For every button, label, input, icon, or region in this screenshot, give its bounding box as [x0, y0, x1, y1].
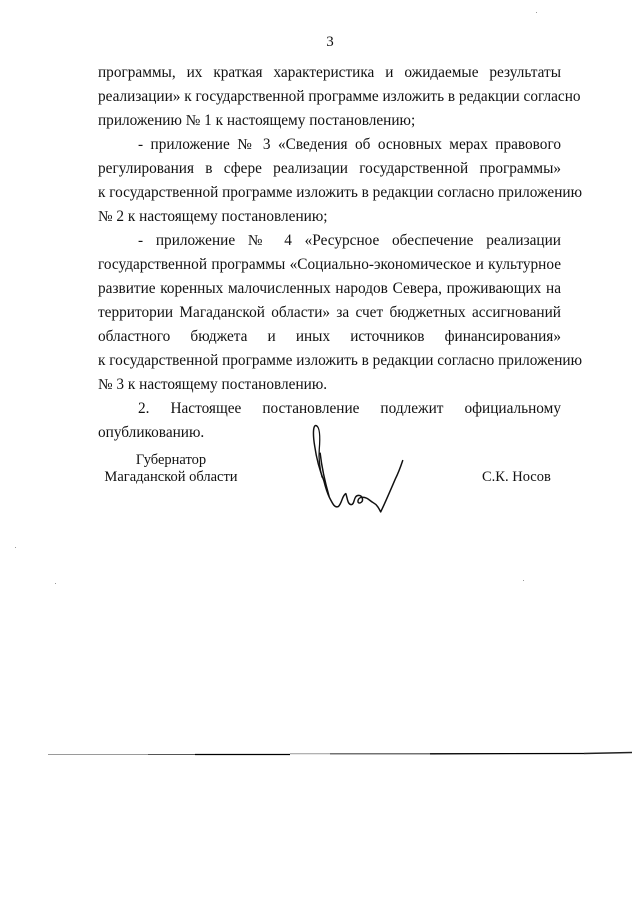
paragraph-continuation: программы, их краткая характеристика и о…: [98, 61, 561, 133]
text-line: программы, их краткая характеристика и о…: [98, 61, 561, 85]
signer-name: С.К. Носов: [482, 469, 551, 486]
text-line: государственной программы «Социально-эко…: [98, 253, 561, 277]
text-line: к государственной программе изложить в р…: [98, 349, 561, 373]
text-line: к государственной программе изложить в р…: [98, 181, 561, 205]
scan-speck: [536, 12, 537, 13]
handwritten-signature-icon: [300, 412, 410, 522]
text-line: территории Магаданской области» за счет …: [98, 301, 561, 325]
text-line: № 3 к настоящему постановлению.: [98, 373, 561, 397]
scan-speck: [523, 580, 524, 581]
paragraph-appendix-4: - приложение № 4 «Ресурсное обеспечение …: [98, 229, 561, 397]
signer-position: Губернатор Магаданской области: [96, 452, 246, 486]
text-line: - приложение № 3 «Сведения об основных м…: [98, 133, 561, 157]
text-line: - приложение № 4 «Ресурсное обеспечение …: [98, 229, 561, 253]
scan-speck: [55, 583, 56, 584]
scan-speck: [15, 547, 16, 548]
text-line: развитие коренных малочисленных народов …: [98, 277, 561, 301]
text-line: приложению № 1 к настоящему постановлени…: [98, 109, 561, 133]
text-line: реализации» к государственной программе …: [98, 85, 561, 109]
paragraph-appendix-3: - приложение № 3 «Сведения об основных м…: [98, 133, 561, 229]
text-line: № 2 к настоящему постановлению;: [98, 205, 561, 229]
position-line: Губернатор: [96, 452, 246, 469]
position-line: Магаданской области: [96, 469, 246, 486]
scan-edge-line: [48, 750, 632, 756]
signature-block: Губернатор Магаданской области С.К. Носо…: [0, 450, 640, 530]
document-body: программы, их краткая характеристика и о…: [98, 61, 561, 445]
text-line: регулирования в сфере реализации государ…: [98, 157, 561, 181]
page-number: 3: [0, 34, 640, 51]
text-line: областного бюджета и иных источников фин…: [98, 325, 561, 349]
